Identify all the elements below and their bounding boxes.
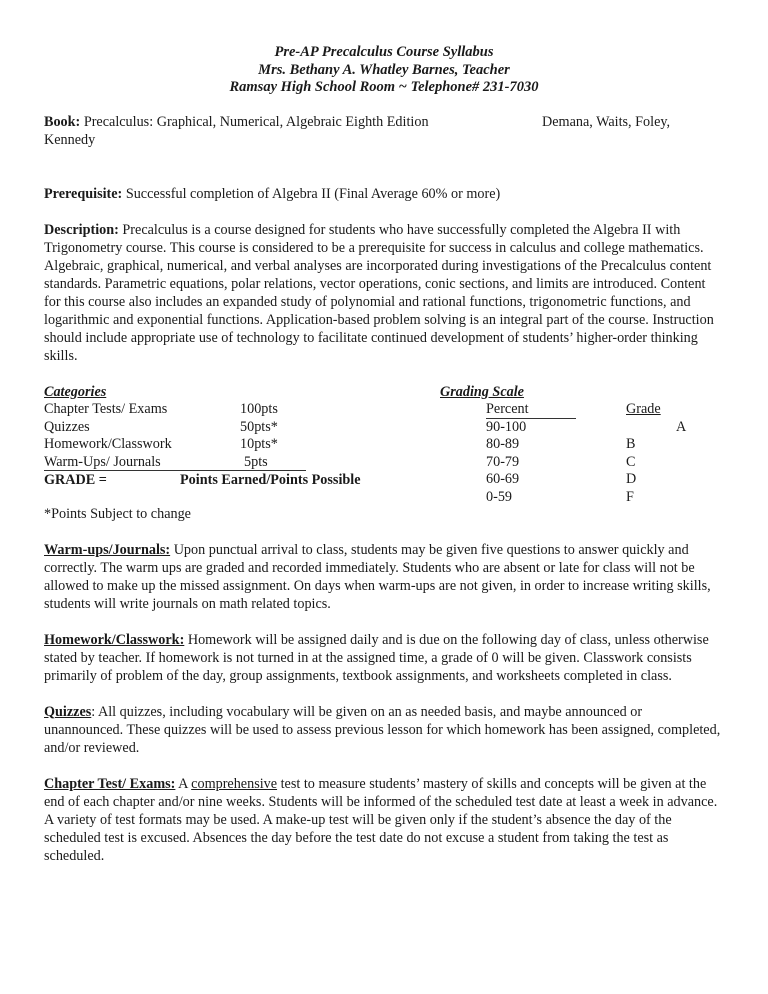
course-title: Pre-AP Precalculus Course Syllabus xyxy=(44,44,724,62)
category-row: Warm-Ups/ Journals5pts xyxy=(44,453,306,472)
category-row: Quizzes50pts* xyxy=(44,418,374,436)
grading-section: Categories Chapter Tests/ Exams100pts Qu… xyxy=(44,383,724,523)
syllabus-page: Pre-AP Precalculus Course Syllabus Mrs. … xyxy=(44,44,724,865)
prerequisite-label: Prerequisite: xyxy=(44,186,122,202)
quizzes-section: Quizzes: All quizzes, including vocabula… xyxy=(44,703,724,757)
categories-heading: Categories xyxy=(44,384,106,400)
grading-scale-heading: Grading Scale xyxy=(440,384,524,400)
scale-row: 90-100A xyxy=(440,418,730,436)
comprehensive-emphasis: comprehensive xyxy=(191,776,277,792)
book-section: Book: Precalculus: Graphical, Numerical,… xyxy=(44,113,724,149)
description-label: Description: xyxy=(44,222,119,238)
book-authors-cont: Kennedy xyxy=(44,131,724,149)
book-label: Book: xyxy=(44,114,80,130)
warmups-section: Warm-ups/Journals: Upon punctual arrival… xyxy=(44,541,724,613)
category-row: Homework/Classwork10pts* xyxy=(44,435,374,453)
grading-scale-table: Grading Scale PercentGrade 90-100A 80-89… xyxy=(440,383,730,506)
book-title: Precalculus: Graphical, Numerical, Algeb… xyxy=(80,114,428,130)
description-section: Description: Precalculus is a course des… xyxy=(44,221,724,365)
scale-row: 0-59F xyxy=(440,488,730,506)
homework-label: Homework/Classwork: xyxy=(44,632,184,648)
prerequisite-section: Prerequisite: Successful completion of A… xyxy=(44,185,724,203)
grade-header: Grade xyxy=(626,400,661,418)
document-header: Pre-AP Precalculus Course Syllabus Mrs. … xyxy=(44,44,724,97)
scale-row: 70-79C xyxy=(440,453,730,471)
points-note: *Points Subject to change xyxy=(44,505,191,523)
category-row: Chapter Tests/ Exams100pts xyxy=(44,400,374,418)
warmups-label: Warm-ups/Journals: xyxy=(44,542,170,558)
school-contact: Ramsay High School Room ~ Telephone# 231… xyxy=(44,79,724,97)
categories-table: Categories Chapter Tests/ Exams100pts Qu… xyxy=(44,383,374,490)
exams-section: Chapter Test/ Exams: A comprehensive tes… xyxy=(44,775,724,865)
scale-row: 80-89B xyxy=(440,435,730,453)
description-text: Precalculus is a course designed for stu… xyxy=(44,222,714,364)
book-authors: Demana, Waits, Foley, xyxy=(542,113,670,131)
percent-header: Percent xyxy=(486,400,576,419)
quizzes-text: : All quizzes, including vocabulary will… xyxy=(44,704,720,756)
scale-row: 60-69D xyxy=(440,470,730,488)
grade-formula-row: GRADE =Points Earned/Points Possible xyxy=(44,471,374,489)
exams-label: Chapter Test/ Exams: xyxy=(44,776,175,792)
quizzes-label: Quizzes xyxy=(44,704,91,720)
prerequisite-text: Successful completion of Algebra II (Fin… xyxy=(122,186,500,202)
teacher-name: Mrs. Bethany A. Whatley Barnes, Teacher xyxy=(44,62,724,80)
homework-section: Homework/Classwork: Homework will be ass… xyxy=(44,631,724,685)
